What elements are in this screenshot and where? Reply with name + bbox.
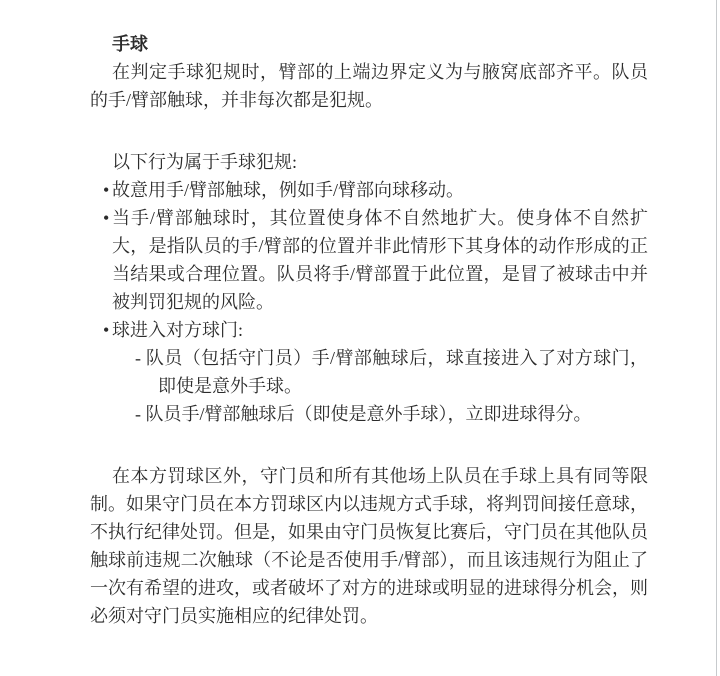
list-item-text: 故意用手/臂部触球，例如手/臂部向球移动。 xyxy=(112,180,464,200)
handball-list-intro: 以下行为属于手球犯规: xyxy=(90,148,648,176)
list-item: •当手/臂部触球时，其位置使身体不自然地扩大。使身体不自然扩大，是指队员的手/臂… xyxy=(90,204,648,316)
list-item: •故意用手/臂部触球，例如手/臂部向球移动。 xyxy=(90,176,648,204)
handball-offence-list: •故意用手/臂部触球，例如手/臂部向球移动。 •当手/臂部触球时，其位置使身体不… xyxy=(90,176,648,428)
dash-icon: - xyxy=(135,404,141,424)
bullet-icon: • xyxy=(103,204,109,232)
sub-list-item-text: 队员手/臂部触球后（即使是意外手球），立即进球得分。 xyxy=(146,404,592,424)
document-page: 手球 在判定手球犯规时，臂部的上端边界定义为与腋窝底部齐平。队员的手/臂部触球，… xyxy=(0,0,720,676)
section-title: 手球 xyxy=(90,30,648,58)
sub-list-item: - 队员手/臂部触球后（即使是意外手球），立即进球得分。 xyxy=(112,400,648,428)
bullet-icon: • xyxy=(103,176,109,204)
sub-list-item-text: 队员（包括守门员）手/臂部触球后，球直接进入了对方球门，即使是意外手球。 xyxy=(146,348,648,396)
intro-paragraph: 在判定手球犯规时，臂部的上端边界定义为与腋窝底部齐平。队员的手/臂部触球，并非每… xyxy=(90,58,648,114)
sub-list-item: - 队员（包括守门员）手/臂部触球后，球直接进入了对方球门，即使是意外手球。 xyxy=(112,344,648,400)
list-item: •球进入对方球门: - 队员（包括守门员）手/臂部触球后，球直接进入了对方球门，… xyxy=(90,316,648,428)
page-edge-border xyxy=(716,0,717,676)
bullet-icon: • xyxy=(103,316,109,344)
list-item-text: 球进入对方球门: xyxy=(112,320,243,340)
list-item-text: 当手/臂部触球时，其位置使身体不自然地扩大。使身体不自然扩大，是指队员的手/臂部… xyxy=(112,208,648,312)
dash-icon: - xyxy=(135,348,141,368)
goalkeeper-paragraph: 在本方罚球区外，守门员和所有其他场上队员在手球上具有同等限制。如果守门员在本方罚… xyxy=(90,462,648,630)
